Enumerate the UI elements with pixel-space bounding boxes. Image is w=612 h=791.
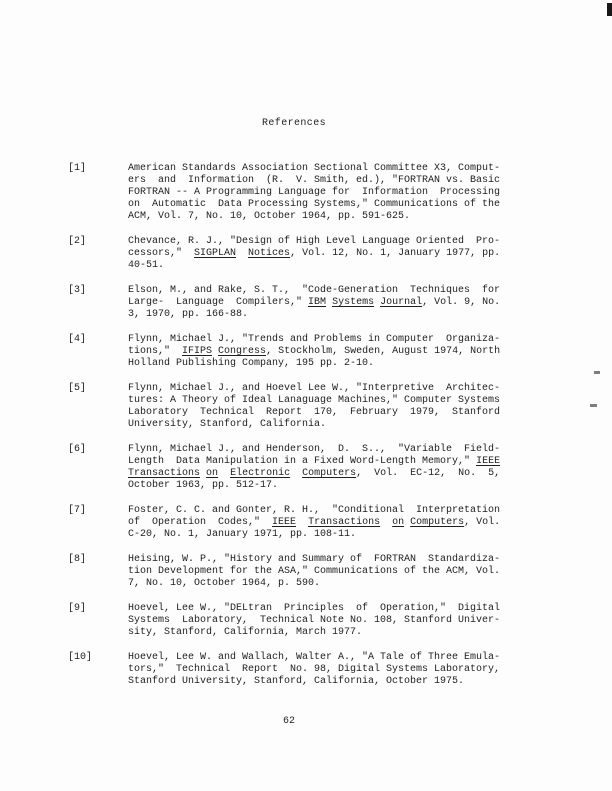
- reference-line: Foster, C. C. and Gonter, R. H., "Condit…: [128, 505, 500, 517]
- reference-text: Foster, C. C. and Gonter, R. H., "Condit…: [128, 505, 500, 541]
- reference-line: October 1963, pp. 512-17.: [128, 480, 500, 492]
- reference-line: Stanford University, Stanford, Californi…: [128, 676, 500, 688]
- scan-artifact-dash: [594, 371, 600, 374]
- reference-text: Hoevel, Lee W., "DELtran Principles of O…: [128, 603, 500, 639]
- reference-item: [10]Hoevel, Lee W. and Wallach, Walter A…: [68, 652, 612, 688]
- reference-text: Flynn, Michael J., and Henderson, D. S..…: [128, 444, 500, 492]
- reference-line: 7, No. 10, October 1964, p. 590.: [128, 578, 500, 590]
- page-number: 62: [283, 716, 612, 728]
- reference-line: Elson, M., and Rake, S. T., "Code-Genera…: [128, 285, 500, 297]
- reference-line: tures: A Theory of Ideal Lanaguage Machi…: [128, 395, 500, 407]
- reference-line: C-20, No. 1, January 1971, pp. 108-11.: [128, 529, 500, 541]
- reference-label: [10]: [68, 652, 128, 688]
- reference-line: Holland Publishing Company, 195 pp. 2-10…: [128, 358, 500, 370]
- scan-artifact-dash: [590, 404, 597, 407]
- reference-item: [3]Elson, M., and Rake, S. T., "Code-Gen…: [68, 285, 612, 321]
- reference-text: Chevance, R. J., "Design of High Level L…: [128, 236, 500, 272]
- reference-text: Heising, W. P., "History and Summary of …: [128, 554, 500, 590]
- reference-text: Flynn, Michael J., and Hoevel Lee W., "I…: [128, 383, 500, 431]
- reference-label: [6]: [68, 444, 128, 492]
- reference-label: [2]: [68, 236, 128, 272]
- reference-line: Flynn, Michael J., and Hoevel Lee W., "I…: [128, 383, 500, 395]
- reference-line: tions," IFIPS Congress, Stockholm, Swede…: [128, 346, 500, 358]
- reference-item: [2]Chevance, R. J., "Design of High Leve…: [68, 236, 612, 272]
- reference-item: [5]Flynn, Michael J., and Hoevel Lee W.,…: [68, 383, 612, 431]
- reference-line: on Automatic Data Processing Systems," C…: [128, 199, 500, 211]
- page-content: References [1]American Standards Associa…: [0, 0, 612, 728]
- reference-label: [4]: [68, 334, 128, 370]
- reference-line: Length Data Manipulation in a Fixed Word…: [128, 456, 500, 468]
- reference-label: [9]: [68, 603, 128, 639]
- reference-label: [3]: [68, 285, 128, 321]
- reference-line: 3, 1970, pp. 166-88.: [128, 309, 500, 321]
- references-list: [1]American Standards Association Sectio…: [68, 163, 612, 688]
- reference-item: [6]Flynn, Michael J., and Henderson, D. …: [68, 444, 612, 492]
- reference-line: ers and Information (R. V. Smith, ed.), …: [128, 175, 500, 187]
- scan-corner-mark: [607, 3, 612, 16]
- reference-text: Flynn, Michael J., "Trends and Problems …: [128, 334, 500, 370]
- reference-text: American Standards Association Sectional…: [128, 163, 500, 223]
- page-title: References: [262, 118, 612, 130]
- reference-line: American Standards Association Sectional…: [128, 163, 500, 175]
- reference-line: tion Development for the ASA," Communica…: [128, 566, 500, 578]
- reference-item: [1]American Standards Association Sectio…: [68, 163, 612, 223]
- reference-label: [7]: [68, 505, 128, 541]
- reference-item: [4]Flynn, Michael J., "Trends and Proble…: [68, 334, 612, 370]
- reference-line: Chevance, R. J., "Design of High Level L…: [128, 236, 500, 248]
- reference-text: Hoevel, Lee W. and Wallach, Walter A., "…: [128, 652, 500, 688]
- reference-line: ACM, Vol. 7, No. 10, October 1964, pp. 5…: [128, 211, 500, 223]
- reference-line: FORTRAN -- A Programming Language for In…: [128, 187, 500, 199]
- reference-line: Flynn, Michael J., and Henderson, D. S..…: [128, 444, 500, 456]
- reference-line: University, Stanford, California.: [128, 419, 500, 431]
- reference-text: Elson, M., and Rake, S. T., "Code-Genera…: [128, 285, 500, 321]
- reference-label: [5]: [68, 383, 128, 431]
- reference-label: [8]: [68, 554, 128, 590]
- reference-label: [1]: [68, 163, 128, 223]
- reference-line: Flynn, Michael J., "Trends and Problems …: [128, 334, 500, 346]
- reference-item: [7]Foster, C. C. and Gonter, R. H., "Con…: [68, 505, 612, 541]
- reference-item: [9]Hoevel, Lee W., "DELtran Principles o…: [68, 603, 612, 639]
- reference-line: Large- Language Compilers," IBM Systems …: [128, 297, 500, 309]
- reference-line: Systems Laboratory, Technical Note No. 1…: [128, 615, 500, 627]
- reference-line: 40-51.: [128, 260, 500, 272]
- reference-line: Hoevel, Lee W., "DELtran Principles of O…: [128, 603, 500, 615]
- reference-line: Transactions on Electronic Computers, Vo…: [128, 468, 500, 480]
- reference-line: sity, Stanford, California, March 1977.: [128, 627, 500, 639]
- reference-line: tors," Technical Report No. 98, Digital …: [128, 664, 500, 676]
- reference-line: Heising, W. P., "History and Summary of …: [128, 554, 500, 566]
- reference-line: Laboratory Technical Report 170, Februar…: [128, 407, 500, 419]
- reference-line: of Operation Codes," IEEE Transactions o…: [128, 517, 500, 529]
- document-page: References [1]American Standards Associa…: [0, 0, 612, 791]
- reference-line: cessors," SIGPLAN Notices, Vol. 12, No. …: [128, 248, 500, 260]
- reference-item: [8]Heising, W. P., "History and Summary …: [68, 554, 612, 590]
- reference-line: Hoevel, Lee W. and Wallach, Walter A., "…: [128, 652, 500, 664]
